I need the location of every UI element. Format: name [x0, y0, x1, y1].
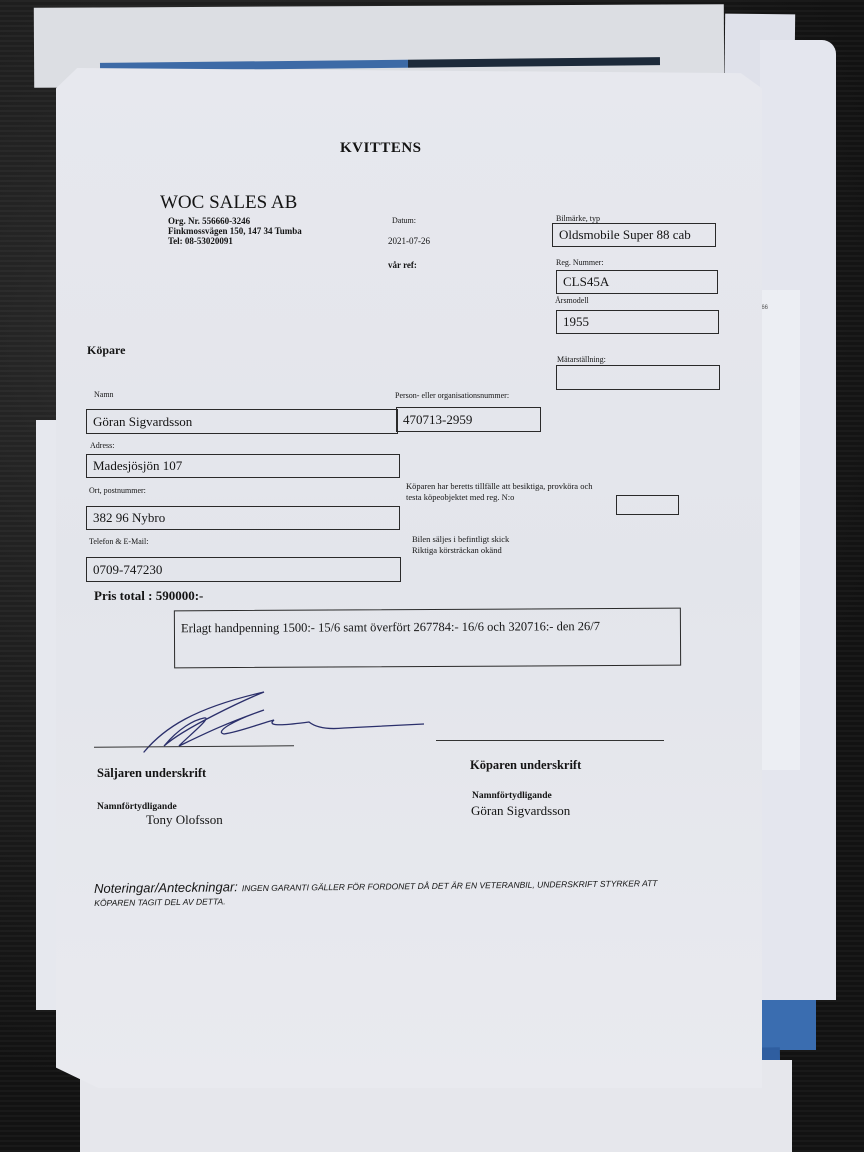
buyer-name-label: Namnförtydligande — [472, 791, 552, 801]
inspection-reg-field — [616, 495, 679, 515]
date-value: 2021-07-26 — [388, 236, 430, 246]
seller-name-label: Namnförtydligande — [97, 802, 177, 812]
buyer-signature-line — [436, 740, 664, 741]
odometer-field — [556, 365, 720, 390]
buyer-signature-heading: Köparen underskrift — [470, 758, 581, 773]
city-postal-label: Ort, postnummer: — [89, 486, 146, 495]
price-total: Pris total : 590000:- — [94, 588, 203, 604]
personal-number-label: Person- eller organisationsnummer: — [395, 391, 509, 400]
city-postal-field: 382 96 Nybro — [86, 506, 400, 530]
seller-phone: Tel: 08-53020091 — [168, 236, 302, 246]
seller-signature — [124, 688, 424, 758]
document-title: KVITTENS — [340, 140, 422, 157]
make-type-label: Bilmärke, typ — [556, 214, 600, 223]
buyer-name: Göran Sigvardsson — [471, 803, 570, 819]
buyer-heading: Köpare — [87, 343, 125, 358]
seller-name: Tony Olofsson — [146, 812, 223, 828]
date-label: Datum: — [392, 216, 416, 225]
phone-email-label: Telefon & E-Mail: — [89, 537, 148, 546]
buyer-address-field: Madesjösjön 107 — [86, 454, 400, 478]
phone-email-field: 0709-747230 — [86, 557, 401, 582]
notes-text-line1: INGEN GARANTI GÄLLER FÖR FORDONET DÅ DET… — [242, 878, 658, 893]
condition-line1: Bilen säljes i befintligt skick — [412, 534, 509, 545]
receipt-document: KVITTENS WOC SALES AB Org. Nr. 556660-32… — [56, 68, 762, 1088]
notes-section: Noteringar/Anteckningar: INGEN GARANTI G… — [94, 876, 658, 909]
buyer-name-field: Göran Sigvardsson — [86, 409, 398, 434]
our-ref-label: vår ref: — [388, 260, 417, 270]
reg-number-field: CLS45A — [556, 270, 718, 294]
payment-note-field: Erlagt handpenning 1500:- 15/6 samt över… — [174, 608, 681, 669]
model-year-label: Årsmodell — [555, 296, 589, 305]
make-type-field: Oldsmobile Super 88 cab — [552, 223, 716, 247]
buyer-name-label: Namn — [94, 390, 114, 399]
seller-info: Org. Nr. 556660-3246 Finkmossvägen 150, … — [168, 216, 302, 246]
seller-signature-heading: Säljaren underskrift — [97, 766, 206, 781]
inspection-text: Köparen har beretts tillfälle att besikt… — [406, 481, 592, 503]
personal-number-field: 470713-2959 — [396, 407, 541, 432]
inspection-text-line1: Köparen har beretts tillfälle att besikt… — [406, 481, 592, 492]
seller-address: Finkmossvägen 150, 147 34 Tumba — [168, 226, 302, 236]
model-year-field: 1955 — [556, 310, 719, 334]
seller-company-name: WOC SALES AB — [160, 192, 297, 214]
seller-org-nr: Org. Nr. 556660-3246 — [168, 216, 302, 226]
odometer-label: Mätarställning: — [557, 355, 606, 364]
inspection-text-line2: testa köpeobjektet med reg. N:o — [406, 492, 592, 503]
condition-text: Bilen säljes i befintligt skick Riktiga … — [412, 534, 509, 556]
condition-line2: Riktiga körsträckan okänd — [412, 545, 509, 556]
buyer-address-label: Adress: — [90, 441, 114, 450]
reg-number-label: Reg. Nummer: — [556, 258, 604, 267]
notes-text-line2: KÖPAREN TAGIT DEL AV DETTA. — [94, 896, 225, 908]
notes-heading: Noteringar/Anteckningar: — [94, 879, 238, 896]
